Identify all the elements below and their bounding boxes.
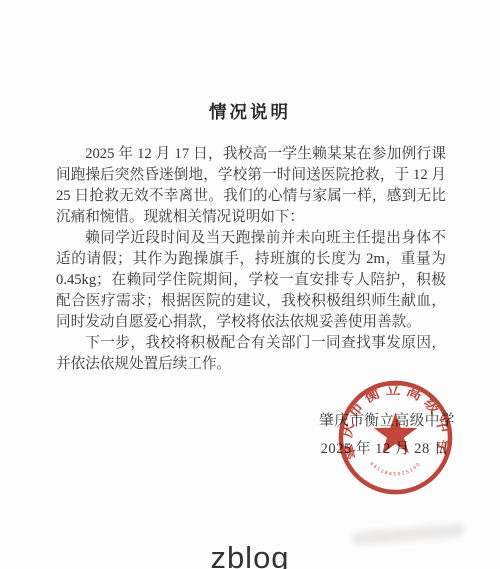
- document-page: 情况说明 2025 年 12 月 17 日，我校高一学生赖某某在参加例行课间跑操…: [0, 0, 500, 569]
- official-seal: 肇庆市衡立高级中学 4412845025100: [336, 378, 455, 497]
- document-body: 2025 年 12 月 17 日，我校高一学生赖某某在参加例行课间跑操后突然昏迷…: [56, 144, 446, 375]
- document-title: 情况说明: [0, 99, 500, 124]
- paragraph-details: 赖同学近段时间及当天跑操前并未向班主任提出身体不适的请假；其作为跑操旗手，持班旗…: [56, 228, 446, 333]
- site-watermark: zblog: [0, 540, 500, 569]
- paragraph-incident: 2025 年 12 月 17 日，我校高一学生赖某某在参加例行课间跑操后突然昏迷…: [56, 144, 446, 228]
- seal-code-text: 4412845025100: [368, 461, 422, 478]
- star-icon: [374, 412, 417, 453]
- paragraph-followup: 下一步，我校将积极配合有关部门一同查找事发原因，并依法依规处置后续工作。: [56, 333, 446, 375]
